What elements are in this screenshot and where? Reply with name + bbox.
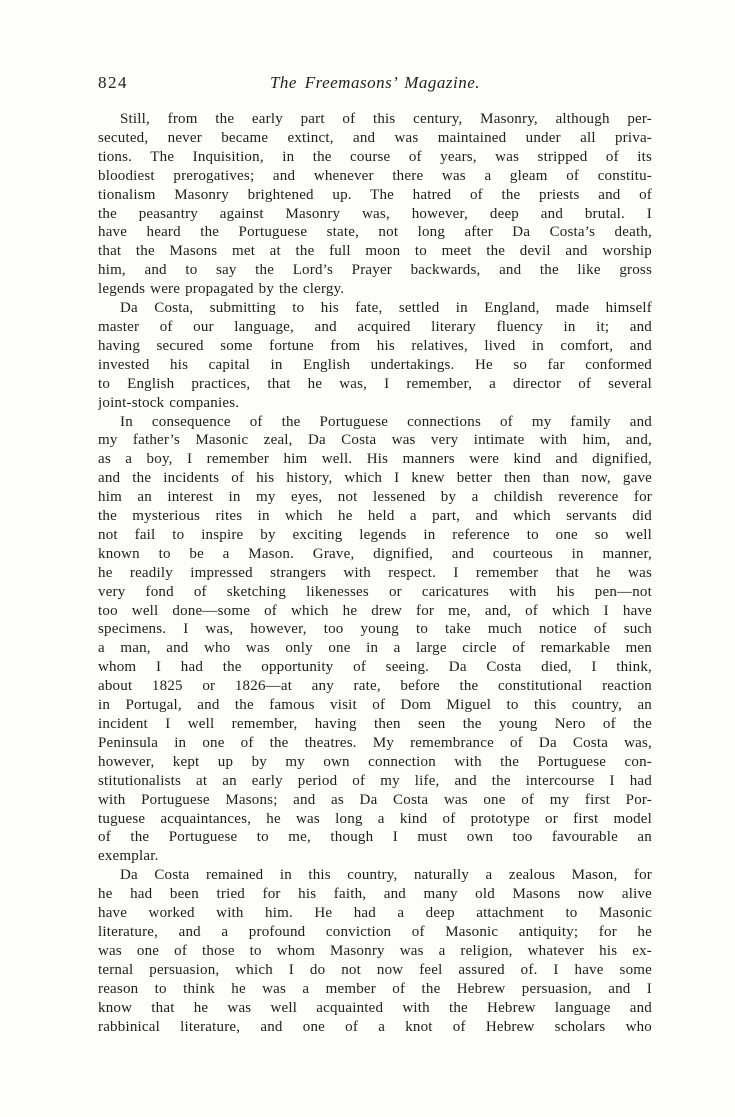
text-line: rabbinical literature, and one of a knot… — [98, 1018, 652, 1037]
text-line: to English practices, that he was, I rem… — [98, 375, 652, 394]
text-line: he had been tried for his faith, and man… — [98, 885, 652, 904]
text-line: however, kept up by my own connection wi… — [98, 753, 652, 772]
text-line: stitutionalists at an early period of my… — [98, 772, 652, 791]
text-line: with Portuguese Masons; and as Da Costa … — [98, 791, 652, 810]
paragraph: Da Costa remained in this country, natur… — [98, 866, 652, 1036]
text-line: not fail to inspire by exciting legends … — [98, 526, 652, 545]
text-line: known to be a Mason. Grave, dignified, a… — [98, 545, 652, 564]
text-line: secuted, never became extinct, and was m… — [98, 129, 652, 148]
text-line: reason to think he was a member of the H… — [98, 980, 652, 999]
text-line: literature, and a profound conviction of… — [98, 923, 652, 942]
text-line: too well done—some of which he drew for … — [98, 602, 652, 621]
journal-title: The Freemasons’ Magazine. — [98, 73, 652, 93]
text-line: was one of those to whom Masonry was a r… — [98, 942, 652, 961]
text-line: bloodiest prerogatives; and whenever the… — [98, 167, 652, 186]
text-line: of the Portuguese to me, though I must o… — [98, 828, 652, 847]
text-line: tionalism Masonry brightened up. The hat… — [98, 186, 652, 205]
text-line: him an interest in my eyes, not lessened… — [98, 488, 652, 507]
text-line: whom I had the opportunity of seeing. Da… — [98, 658, 652, 677]
paragraph: In consequence of the Portuguese connect… — [98, 413, 652, 867]
text-line: joint-stock companies. — [98, 394, 652, 413]
text-line: as a boy, I remember him well. His manne… — [98, 450, 652, 469]
text-line: know that he was well acquainted with th… — [98, 999, 652, 1018]
text-line: that the Masons met at the full moon to … — [98, 242, 652, 261]
page-header: 824 The Freemasons’ Magazine. — [98, 73, 652, 95]
text-line: my father’s Masonic zeal, Da Costa was v… — [98, 431, 652, 450]
text-line: Da Costa remained in this country, natur… — [98, 866, 652, 885]
text-line: the mysterious rites in which he held a … — [98, 507, 652, 526]
text-line: Da Costa, submitting to his fate, settle… — [98, 299, 652, 318]
text-line: ternal persuasion, which I do not now fe… — [98, 961, 652, 980]
text-line: him, and to say the Lord’s Prayer backwa… — [98, 261, 652, 280]
page-body: Still, from the early part of this centu… — [98, 110, 652, 1036]
text-line: and the incidents of his history, which … — [98, 469, 652, 488]
text-line: very fond of sketching likenesses or car… — [98, 583, 652, 602]
text-line: master of our language, and acquired lit… — [98, 318, 652, 337]
paragraph: Da Costa, submitting to his fate, settle… — [98, 299, 652, 412]
text-line: legends were propagated by the clergy. — [98, 280, 652, 299]
paragraph: Still, from the early part of this centu… — [98, 110, 652, 299]
text-line: the peasantry against Masonry was, howev… — [98, 205, 652, 224]
text-line: in Portugal, and the famous visit of Dom… — [98, 696, 652, 715]
text-line: invested his capital in English undertak… — [98, 356, 652, 375]
text-line: having secured some fortune from his rel… — [98, 337, 652, 356]
text-line: incident I well remember, having then se… — [98, 715, 652, 734]
text-line: he readily impressed strangers with resp… — [98, 564, 652, 583]
text-line: a man, and who was only one in a large c… — [98, 639, 652, 658]
text-line: Still, from the early part of this centu… — [98, 110, 652, 129]
text-line: tions. The Inquisition, in the course of… — [98, 148, 652, 167]
text-line: tuguese acquaintances, he was long a kin… — [98, 810, 652, 829]
text-line: have heard the Portuguese state, not lon… — [98, 223, 652, 242]
text-line: exemplar. — [98, 847, 652, 866]
text-line: about 1825 or 1826—at any rate, before t… — [98, 677, 652, 696]
scanned-magazine-page: 824 The Freemasons’ Magazine. Still, fro… — [0, 0, 735, 1117]
text-line: Peninsula in one of the theatres. My rem… — [98, 734, 652, 753]
text-line: have worked with him. He had a deep atta… — [98, 904, 652, 923]
text-line: In consequence of the Portuguese connect… — [98, 413, 652, 432]
text-line: specimens. I was, however, too young to … — [98, 620, 652, 639]
